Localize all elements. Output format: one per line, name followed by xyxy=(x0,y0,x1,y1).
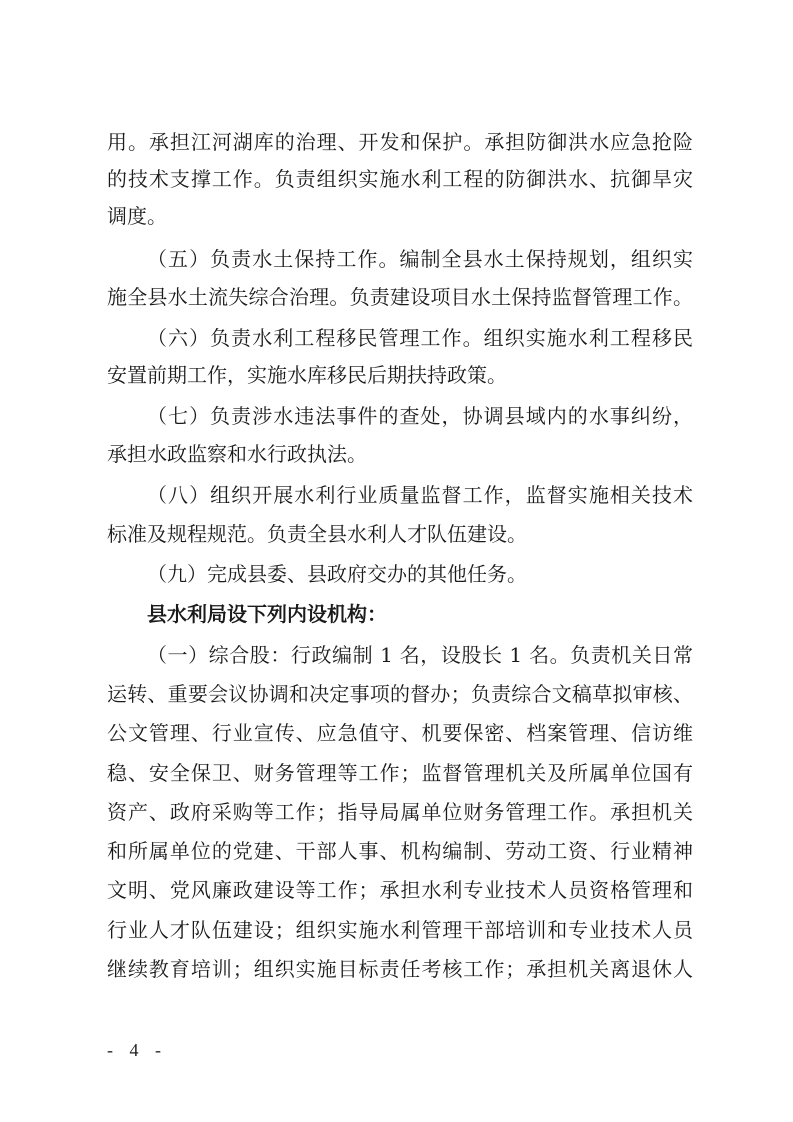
text-line: 安置前期工作，实施水库移民后期扶持政策。 xyxy=(107,357,693,394)
text-line: 稳、安全保卫、财务管理等工作；监督管理机关及所属单位国有 xyxy=(107,755,693,792)
text-line: 继续教育培训；组织实施目标责任考核工作；承担机关离退休人 xyxy=(107,951,693,988)
paragraph-dept-one-line: （一）综合股：行政编制 1 名，设股长 1 名。负责机关日常 xyxy=(147,637,693,674)
paragraph-six-line: （六）负责水利工程移民管理工作。组织实施水利工程移民 xyxy=(147,320,693,357)
text-line: 施全县水土流失综合治理。负责建设项目水土保持监督管理工作。 xyxy=(107,279,693,316)
text-line: 行业人才队伍建设；组织实施水利管理干部培训和专业技术人员 xyxy=(107,912,693,949)
text-line: 文明、党风廉政建设等工作；承担水利专业技术人员资格管理和 xyxy=(107,872,693,909)
paragraph-nine-line: （九）完成县委、县政府交办的其他任务。 xyxy=(147,556,693,593)
paragraph-five-line: （五）负责水土保持工作。编制全县水土保持规划，组织实 xyxy=(147,241,693,278)
page-number: - 4 - xyxy=(107,1040,167,1061)
paragraph-eight-line: （八）组织开展水利行业质量监督工作，监督实施相关技术 xyxy=(147,477,693,514)
section-heading: 县水利局设下列内设机构： xyxy=(147,596,693,633)
text-line: 资产、政府采购等工作；指导局属单位财务管理工作。承担机关 xyxy=(107,794,693,831)
document-page: 用。承担江河湖库的治理、开发和保护。承担防御洪水应急抢险 的技术支撑工作。负责组… xyxy=(0,0,793,1122)
text-line: 用。承担江河湖库的治理、开发和保护。承担防御洪水应急抢险 xyxy=(107,124,693,161)
text-line: 和所属单位的党建、干部人事、机构编制、劳动工资、行业精神 xyxy=(107,833,693,870)
text-line: 公文管理、行业宣传、应急值守、机要保密、档案管理、信访维 xyxy=(107,715,693,752)
text-line: 标准及规程规范。负责全县水利人才队伍建设。 xyxy=(107,516,693,553)
paragraph-seven-line: （七）负责涉水违法事件的查处，协调县域内的水事纠纷， xyxy=(147,398,693,435)
text-line: 承担水政监察和水行政执法。 xyxy=(107,436,693,473)
text-line: 运转、重要会议协调和决定事项的督办；负责综合文稿草拟审核、 xyxy=(107,676,693,713)
text-line: 的技术支撑工作。负责组织实施水利工程的防御洪水、抗御旱灾 xyxy=(107,161,693,198)
text-line: 调度。 xyxy=(107,198,693,235)
